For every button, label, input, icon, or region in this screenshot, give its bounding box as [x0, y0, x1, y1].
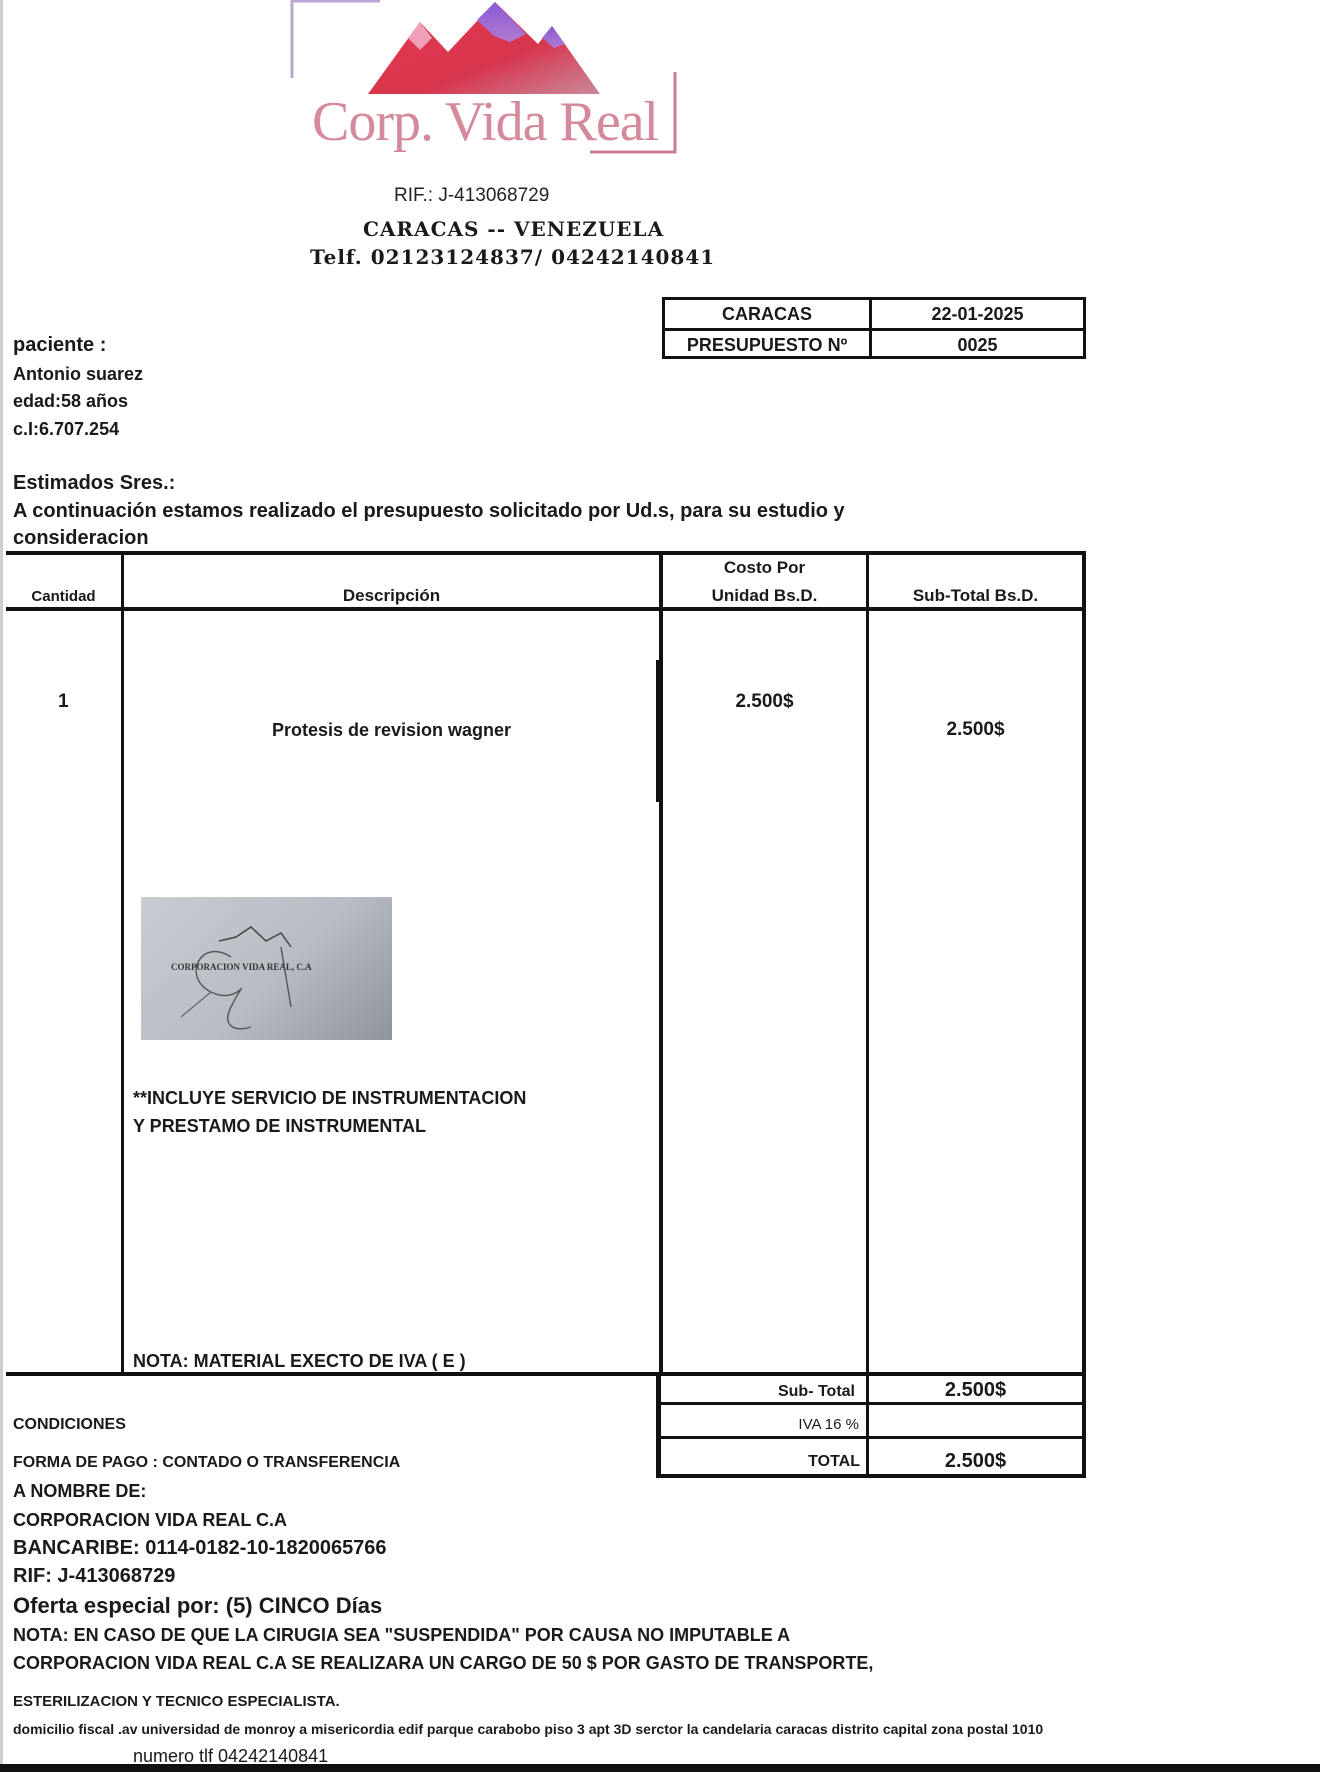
budget-number-label: PRESUPUESTO Nº: [665, 331, 869, 359]
fiscal-address: domicilio fiscal .av universidad de monr…: [13, 1721, 1043, 1737]
bank-account: BANCARIBE: 0114-0182-10-1820065766: [13, 1537, 387, 1560]
page-bottom-edge: [0, 1764, 1320, 1772]
payee-label: A NOMBRE DE:: [13, 1481, 146, 1502]
row-description: Protesis de revision wagner: [124, 720, 659, 741]
company-rif: RIF.: J-413068729: [394, 185, 549, 207]
totals-row-divider: [656, 1436, 1086, 1439]
company-city: CARACAS -- VENEZUELA: [363, 217, 664, 241]
payee-rif: RIF: J-413068729: [13, 1565, 175, 1588]
special-offer: Oferta especial por: (5) CINCO Días: [13, 1593, 382, 1619]
payment-method: FORMA DE PAGO : CONTADO O TRANSFERENCIA: [13, 1454, 400, 1472]
header-unit-cost-1: Costo Por: [663, 558, 866, 578]
salutation: Estimados Sres.:: [13, 472, 175, 495]
page-left-edge: [0, 0, 3, 1772]
includes-line-1: **INCLUYE SERVICIO DE INSTRUMENTACION: [133, 1088, 526, 1109]
cancellation-note-1: NOTA: EN CASO DE QUE LA CIRUGIA SEA "SUS…: [13, 1625, 790, 1646]
payee-name: CORPORACION VIDA REAL C.A: [13, 1510, 287, 1531]
cancellation-note-2: CORPORACION VIDA REAL C.A SE REALIZARA U…: [13, 1653, 873, 1674]
budget-date: 22-01-2025: [872, 300, 1083, 328]
conditions-title: CONDICIONES: [13, 1416, 126, 1434]
total-value: 2.500$: [869, 1450, 1082, 1473]
vat-exempt-note: NOTA: MATERIAL EXECTO DE IVA ( E ): [133, 1351, 466, 1372]
patient-id: c.I:6.707.254: [13, 419, 119, 440]
intro-line-1: A continuación estamos realizado el pres…: [13, 500, 845, 523]
row-quantity: 1: [58, 691, 69, 713]
budget-city: CARACAS: [665, 300, 869, 328]
cancellation-note-3: ESTERILIZACION Y TECNICO ESPECIALISTA.: [13, 1693, 340, 1710]
subtotal-label: Sub- Total: [663, 1383, 855, 1401]
company-phones: Telf. 02123124837/ 04242140841: [310, 245, 715, 269]
totals-right-border: [1082, 1372, 1086, 1478]
header-subtotal: Sub-Total Bs.D.: [869, 586, 1082, 606]
svg-text:CORPORACION VIDA REAL, C.A: CORPORACION VIDA REAL, C.A: [171, 962, 312, 972]
row-subtotal: 2.500$: [869, 719, 1082, 741]
total-label: TOTAL: [663, 1453, 860, 1471]
col-divider: [121, 551, 124, 1376]
subtotal-value: 2.500$: [869, 1379, 1082, 1402]
patient-label: paciente :: [13, 334, 106, 357]
intro-line-2: consideracion: [13, 527, 149, 550]
logo-text: Corp. Vida Real: [312, 90, 658, 154]
row-unit-cost: 2.500$: [663, 691, 866, 713]
signature-stamp-icon: CORPORACION VIDA REAL, C.A: [141, 897, 392, 1040]
budget-info-box: CARACAS 22-01-2025 PRESUPUESTO Nº 0025: [662, 297, 1086, 359]
col-divider: [866, 551, 869, 1376]
table-right-border: [1082, 551, 1086, 1376]
budget-number: 0025: [872, 331, 1083, 359]
header-quantity: Cantidad: [6, 588, 121, 605]
totals-bottom-border: [656, 1474, 1086, 1478]
table-header-border: [6, 607, 1086, 611]
header-description: Descripción: [124, 586, 659, 606]
totals-row-divider: [656, 1402, 1086, 1405]
includes-line-2: Y PRESTAMO DE INSTRUMENTAL: [133, 1116, 426, 1137]
table-bottom-border: [6, 1372, 1086, 1376]
iva-label: IVA 16 %: [663, 1416, 859, 1433]
patient-age: edad:58 años: [13, 391, 128, 412]
company-stamp-signature: CORPORACION VIDA REAL, C.A: [141, 897, 392, 1040]
table-top-border: [6, 551, 1086, 555]
header-unit-cost-2: Unidad Bs.D.: [663, 586, 866, 606]
patient-name: Antonio suarez: [13, 364, 143, 385]
totals-left-border: [656, 1372, 661, 1478]
company-logo: Corp. Vida Real: [290, 0, 680, 160]
